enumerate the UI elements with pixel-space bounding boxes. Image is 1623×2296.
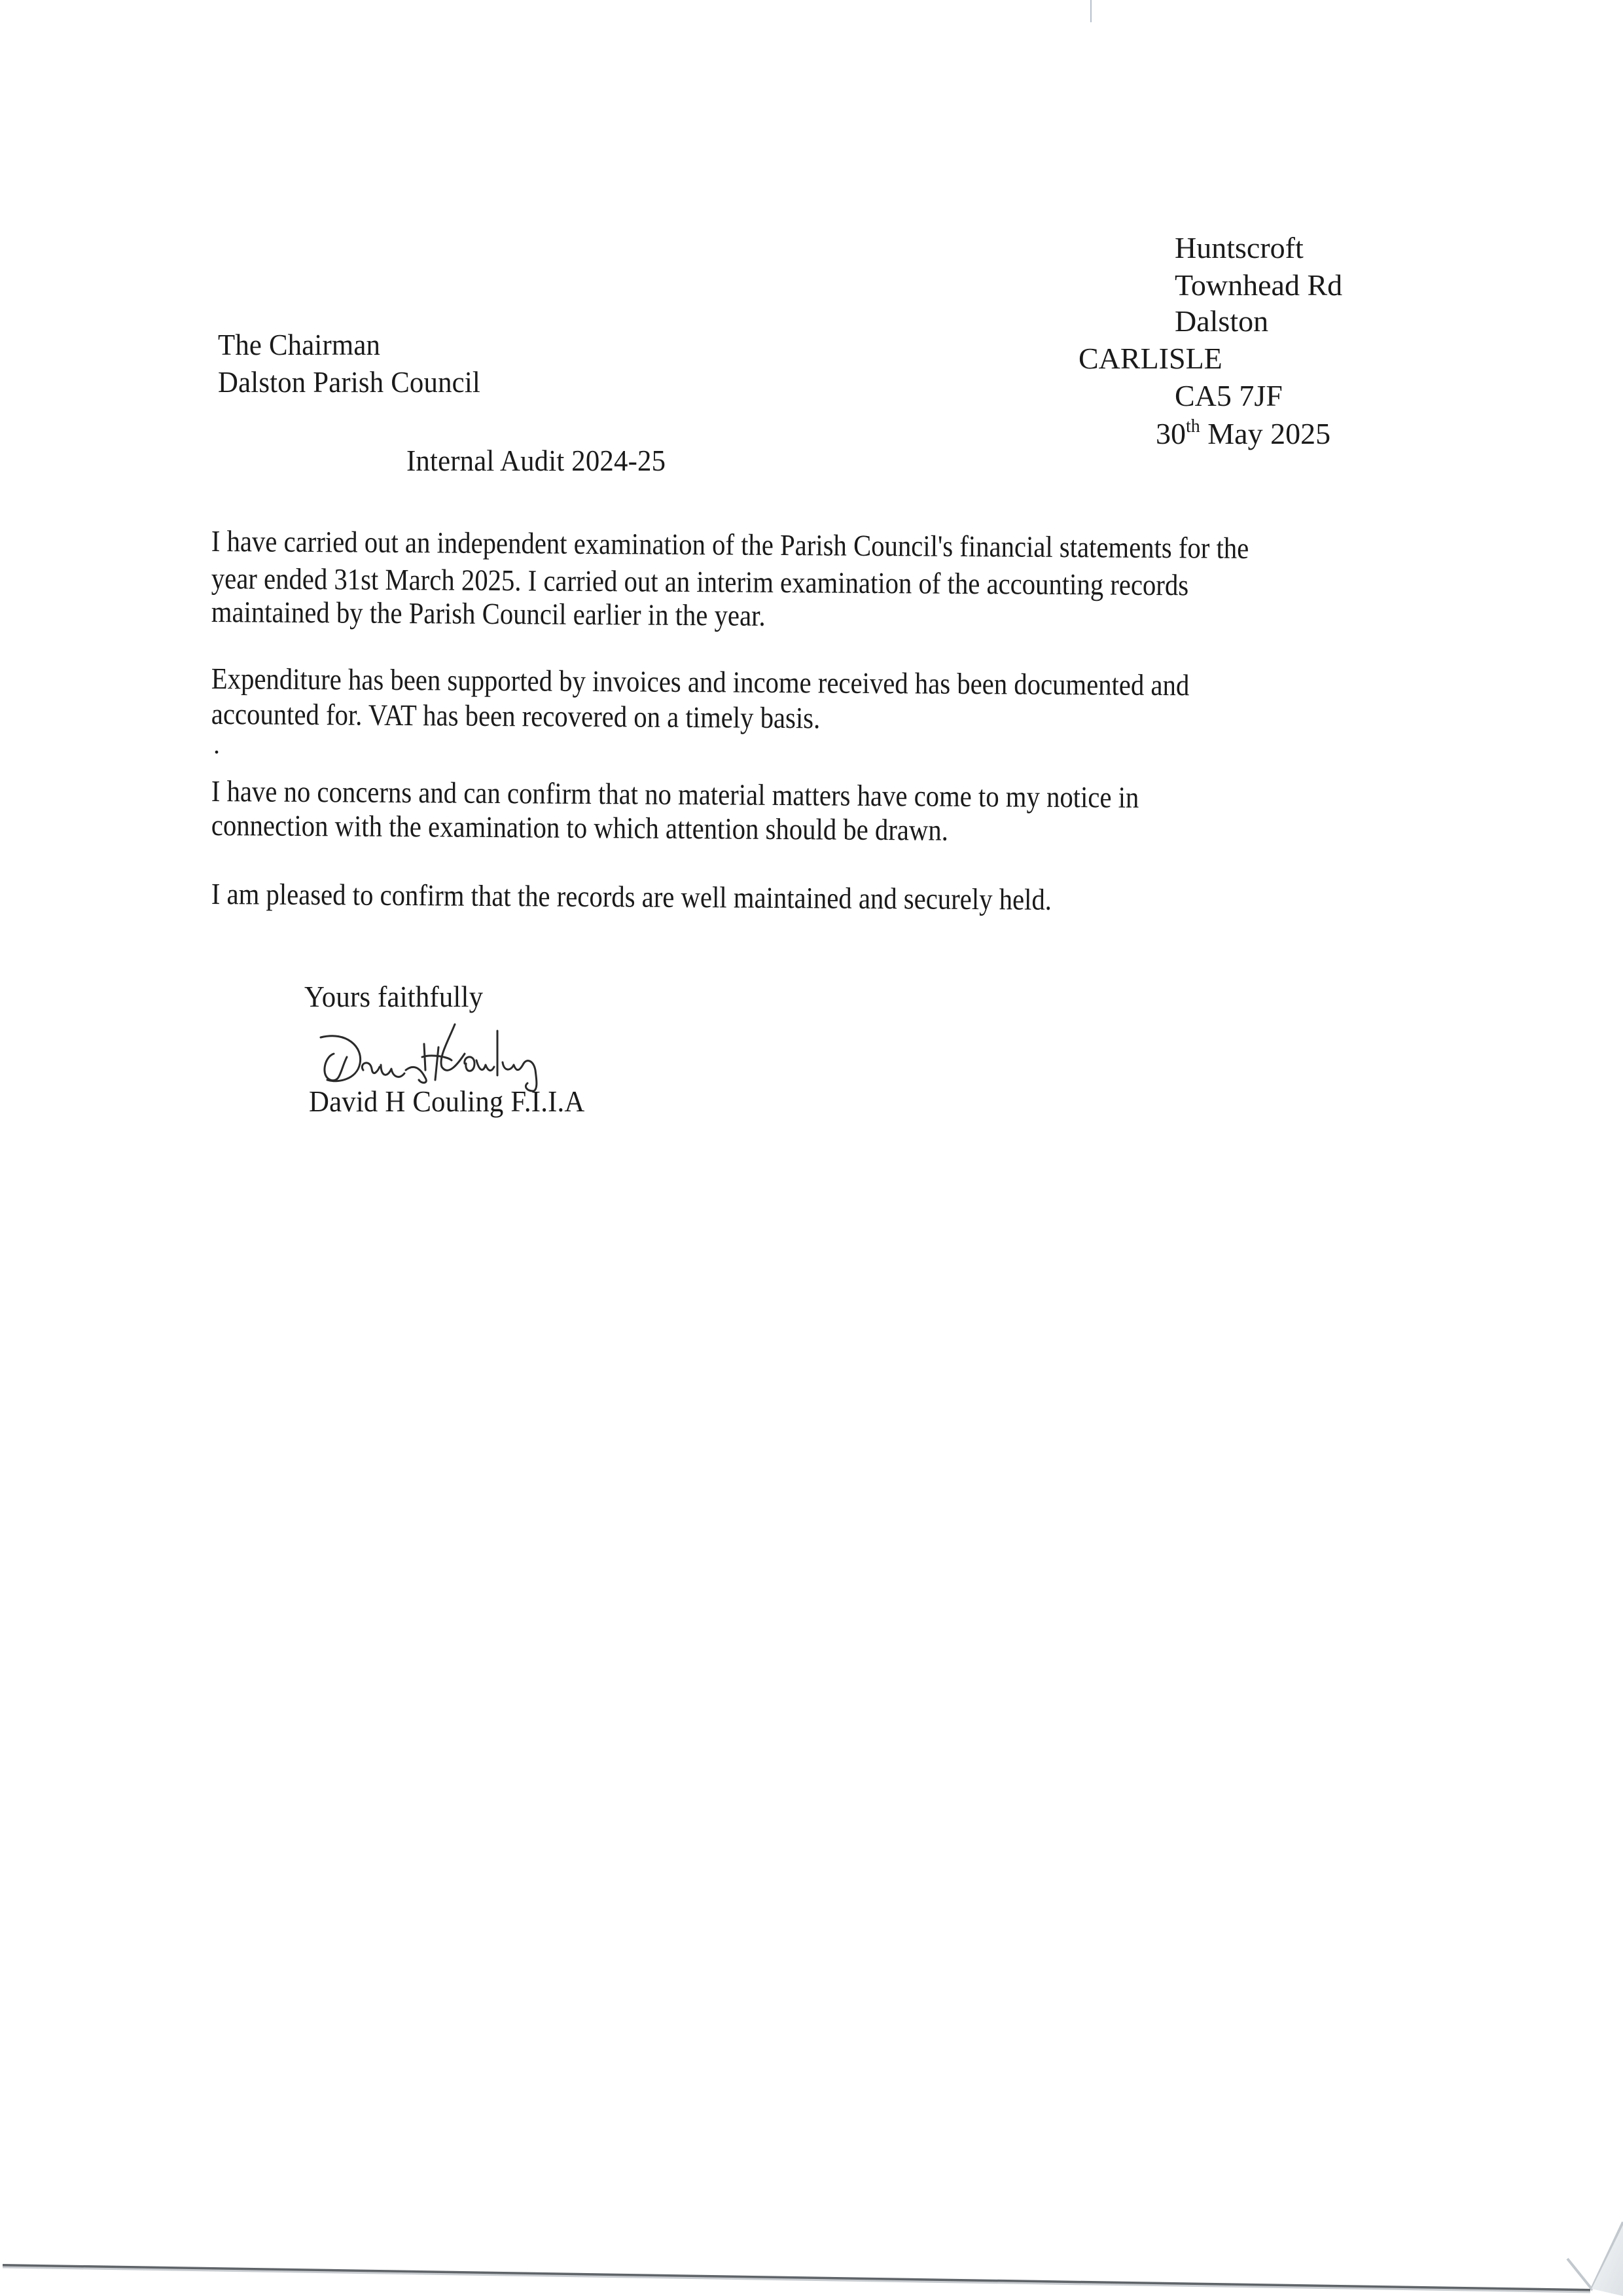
page-edge-line-icon [0,0,1623,2296]
scanned-letter-page: Huntscroft Townhead Rd Dalston CARLISLE … [0,0,1623,2296]
